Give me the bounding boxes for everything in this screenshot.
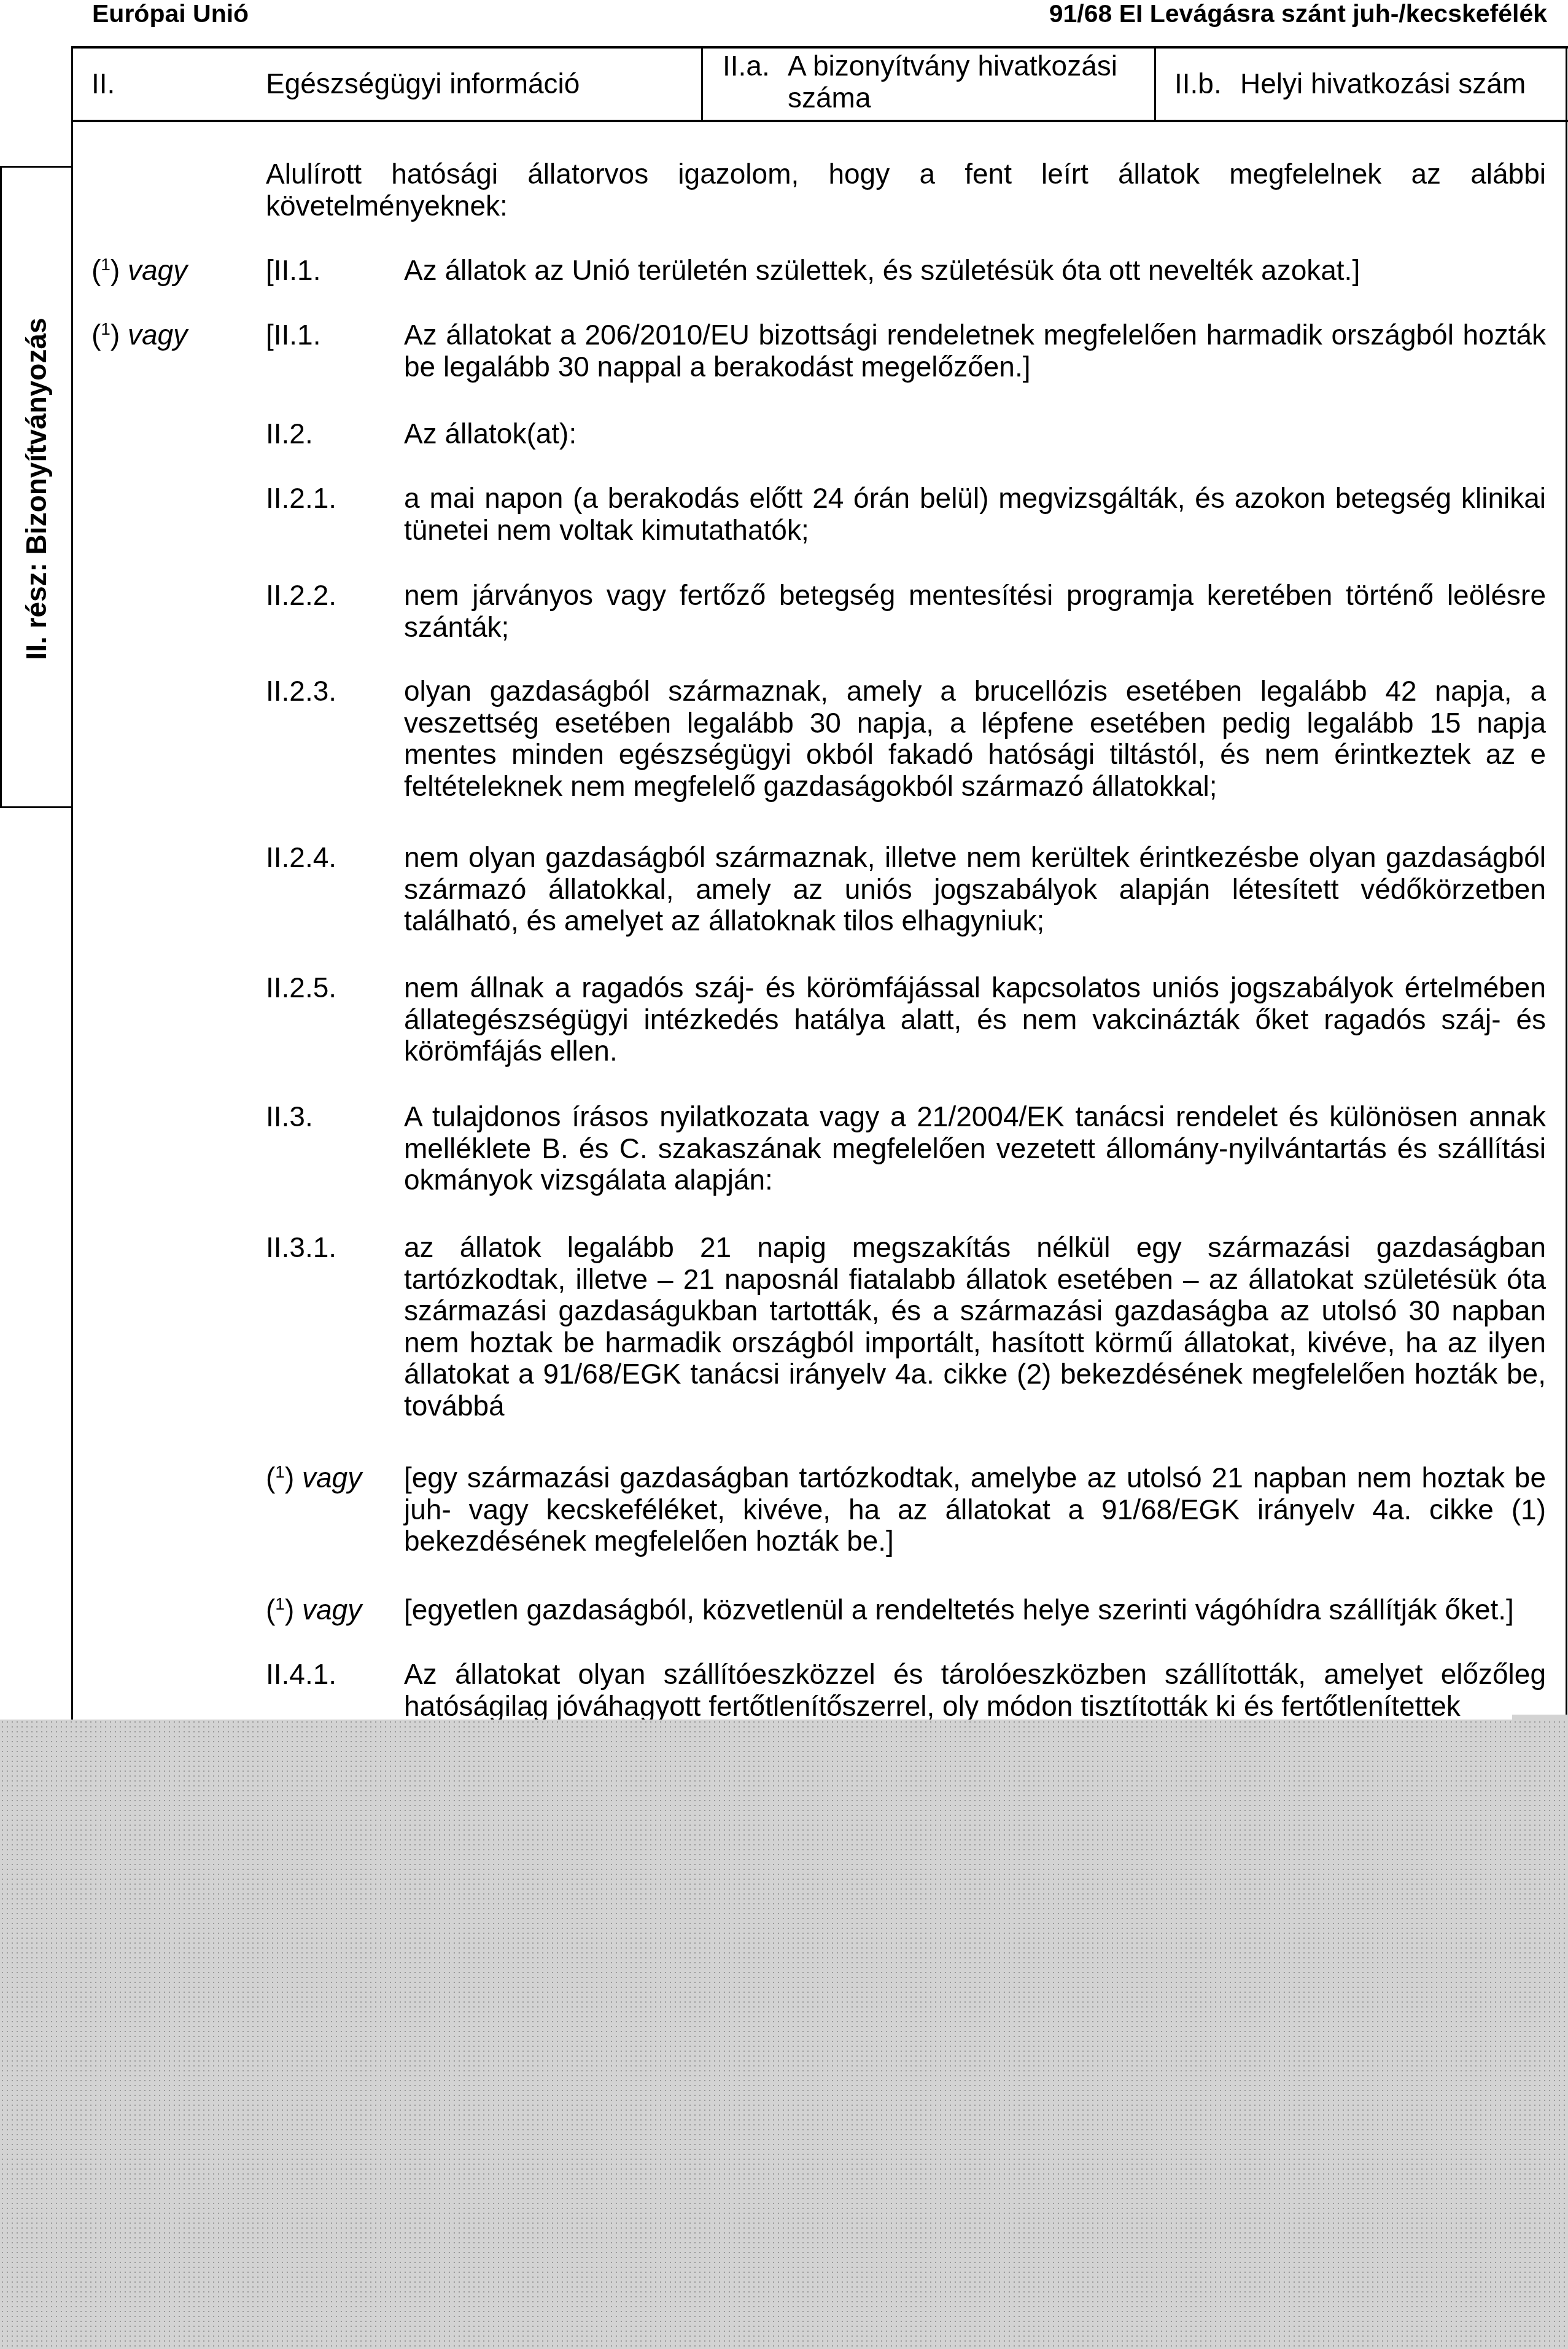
intro-statement: Alulírott hatósági állatorvos igazolom, …	[266, 158, 1546, 222]
ref-b-number: II.b.	[1174, 68, 1222, 99]
ref-a-number: II.a.	[723, 50, 770, 82]
table-left-border	[71, 46, 73, 1723]
section-number: II.	[91, 68, 115, 99]
table-header-bottom-border	[71, 120, 1568, 122]
paragraph-number: II.2.2.	[266, 580, 336, 612]
paragraph-text: A tulajdonos írásos nyilatkozata vagy a …	[404, 1101, 1546, 1196]
option-marker: (1) vagy	[91, 255, 187, 287]
sidebar-label: II. rész: Bizonyítványozás	[22, 317, 50, 660]
paragraph-number: II.2.4.	[266, 842, 336, 874]
paragraph-text: [egyetlen gazdaságból, közvetlenül a ren…	[404, 1594, 1546, 1626]
footnote-ref: 1	[101, 319, 111, 338]
vagy-word: vagy	[302, 1462, 362, 1494]
paragraph-number: II.2.1.	[266, 483, 336, 515]
header-divider-a	[701, 46, 703, 121]
paragraph-text: nem járványos vagy fertőző betegség ment…	[404, 580, 1546, 643]
redaction-overlay	[0, 1720, 1568, 2349]
paragraph-number: [II.1.	[266, 319, 320, 351]
option-marker: (1) vagy	[91, 319, 187, 351]
option-marker: (1) vagy	[266, 1594, 362, 1626]
paragraph-text: Az állatok az Unió területén születtek, …	[404, 255, 1546, 287]
paragraph-text: nem olyan gazdaságból származnak, illetv…	[404, 842, 1546, 937]
redaction-overlay-notch	[1512, 1715, 1568, 1721]
paragraph-number: II.3.	[266, 1101, 313, 1133]
footnote-ref: 1	[101, 255, 111, 274]
footnote-ref: 1	[275, 1462, 285, 1481]
ref-b-label: Helyi hivatkozási szám	[1240, 68, 1526, 99]
ref-a-label: A bizonyítvány hivatkozási száma	[788, 50, 1144, 114]
table-right-border	[1566, 46, 1567, 1723]
paragraph-number: II.3.1.	[266, 1232, 336, 1264]
paragraph-text: nem állnak a ragadós száj- és körömfájás…	[404, 972, 1546, 1067]
table-top-border	[71, 46, 1568, 49]
paragraph-text: [egy származási gazdaságban tartózkodtak…	[404, 1462, 1546, 1557]
paragraph-text: Az állatokat a 206/2010/EU bizottsági re…	[404, 319, 1546, 383]
header-right-title: 91/68 EI Levágásra szánt juh-/kecskefélé…	[1049, 0, 1547, 27]
vagy-word: vagy	[128, 254, 187, 286]
paragraph-text: olyan gazdaságból származnak, amely a br…	[404, 676, 1546, 802]
paragraph-text: a mai napon (a berakodás előtt 24 órán b…	[404, 483, 1546, 546]
paragraph-number: [II.1.	[266, 255, 320, 287]
paragraph-text: Az állatok(at):	[404, 418, 1546, 450]
section-title: Egészségügyi információ	[266, 68, 580, 99]
header-divider-b	[1154, 46, 1156, 121]
paragraph-number: II.2.5.	[266, 972, 336, 1004]
header-left-title: Európai Unió	[92, 0, 249, 27]
paragraph-number: II.2.3.	[266, 676, 336, 707]
vagy-word: vagy	[302, 1594, 362, 1626]
vagy-word: vagy	[128, 319, 187, 351]
paragraph-text: az állatok legalább 21 napig megszakítás…	[404, 1232, 1546, 1422]
paragraph-number: II.4.1.	[266, 1659, 336, 1691]
paragraph-number: II.2.	[266, 418, 313, 450]
option-marker: (1) vagy	[266, 1462, 362, 1494]
paragraph-text: Az állatokat olyan szállítóeszközzel és …	[404, 1659, 1546, 1722]
footnote-ref: 1	[275, 1594, 285, 1613]
